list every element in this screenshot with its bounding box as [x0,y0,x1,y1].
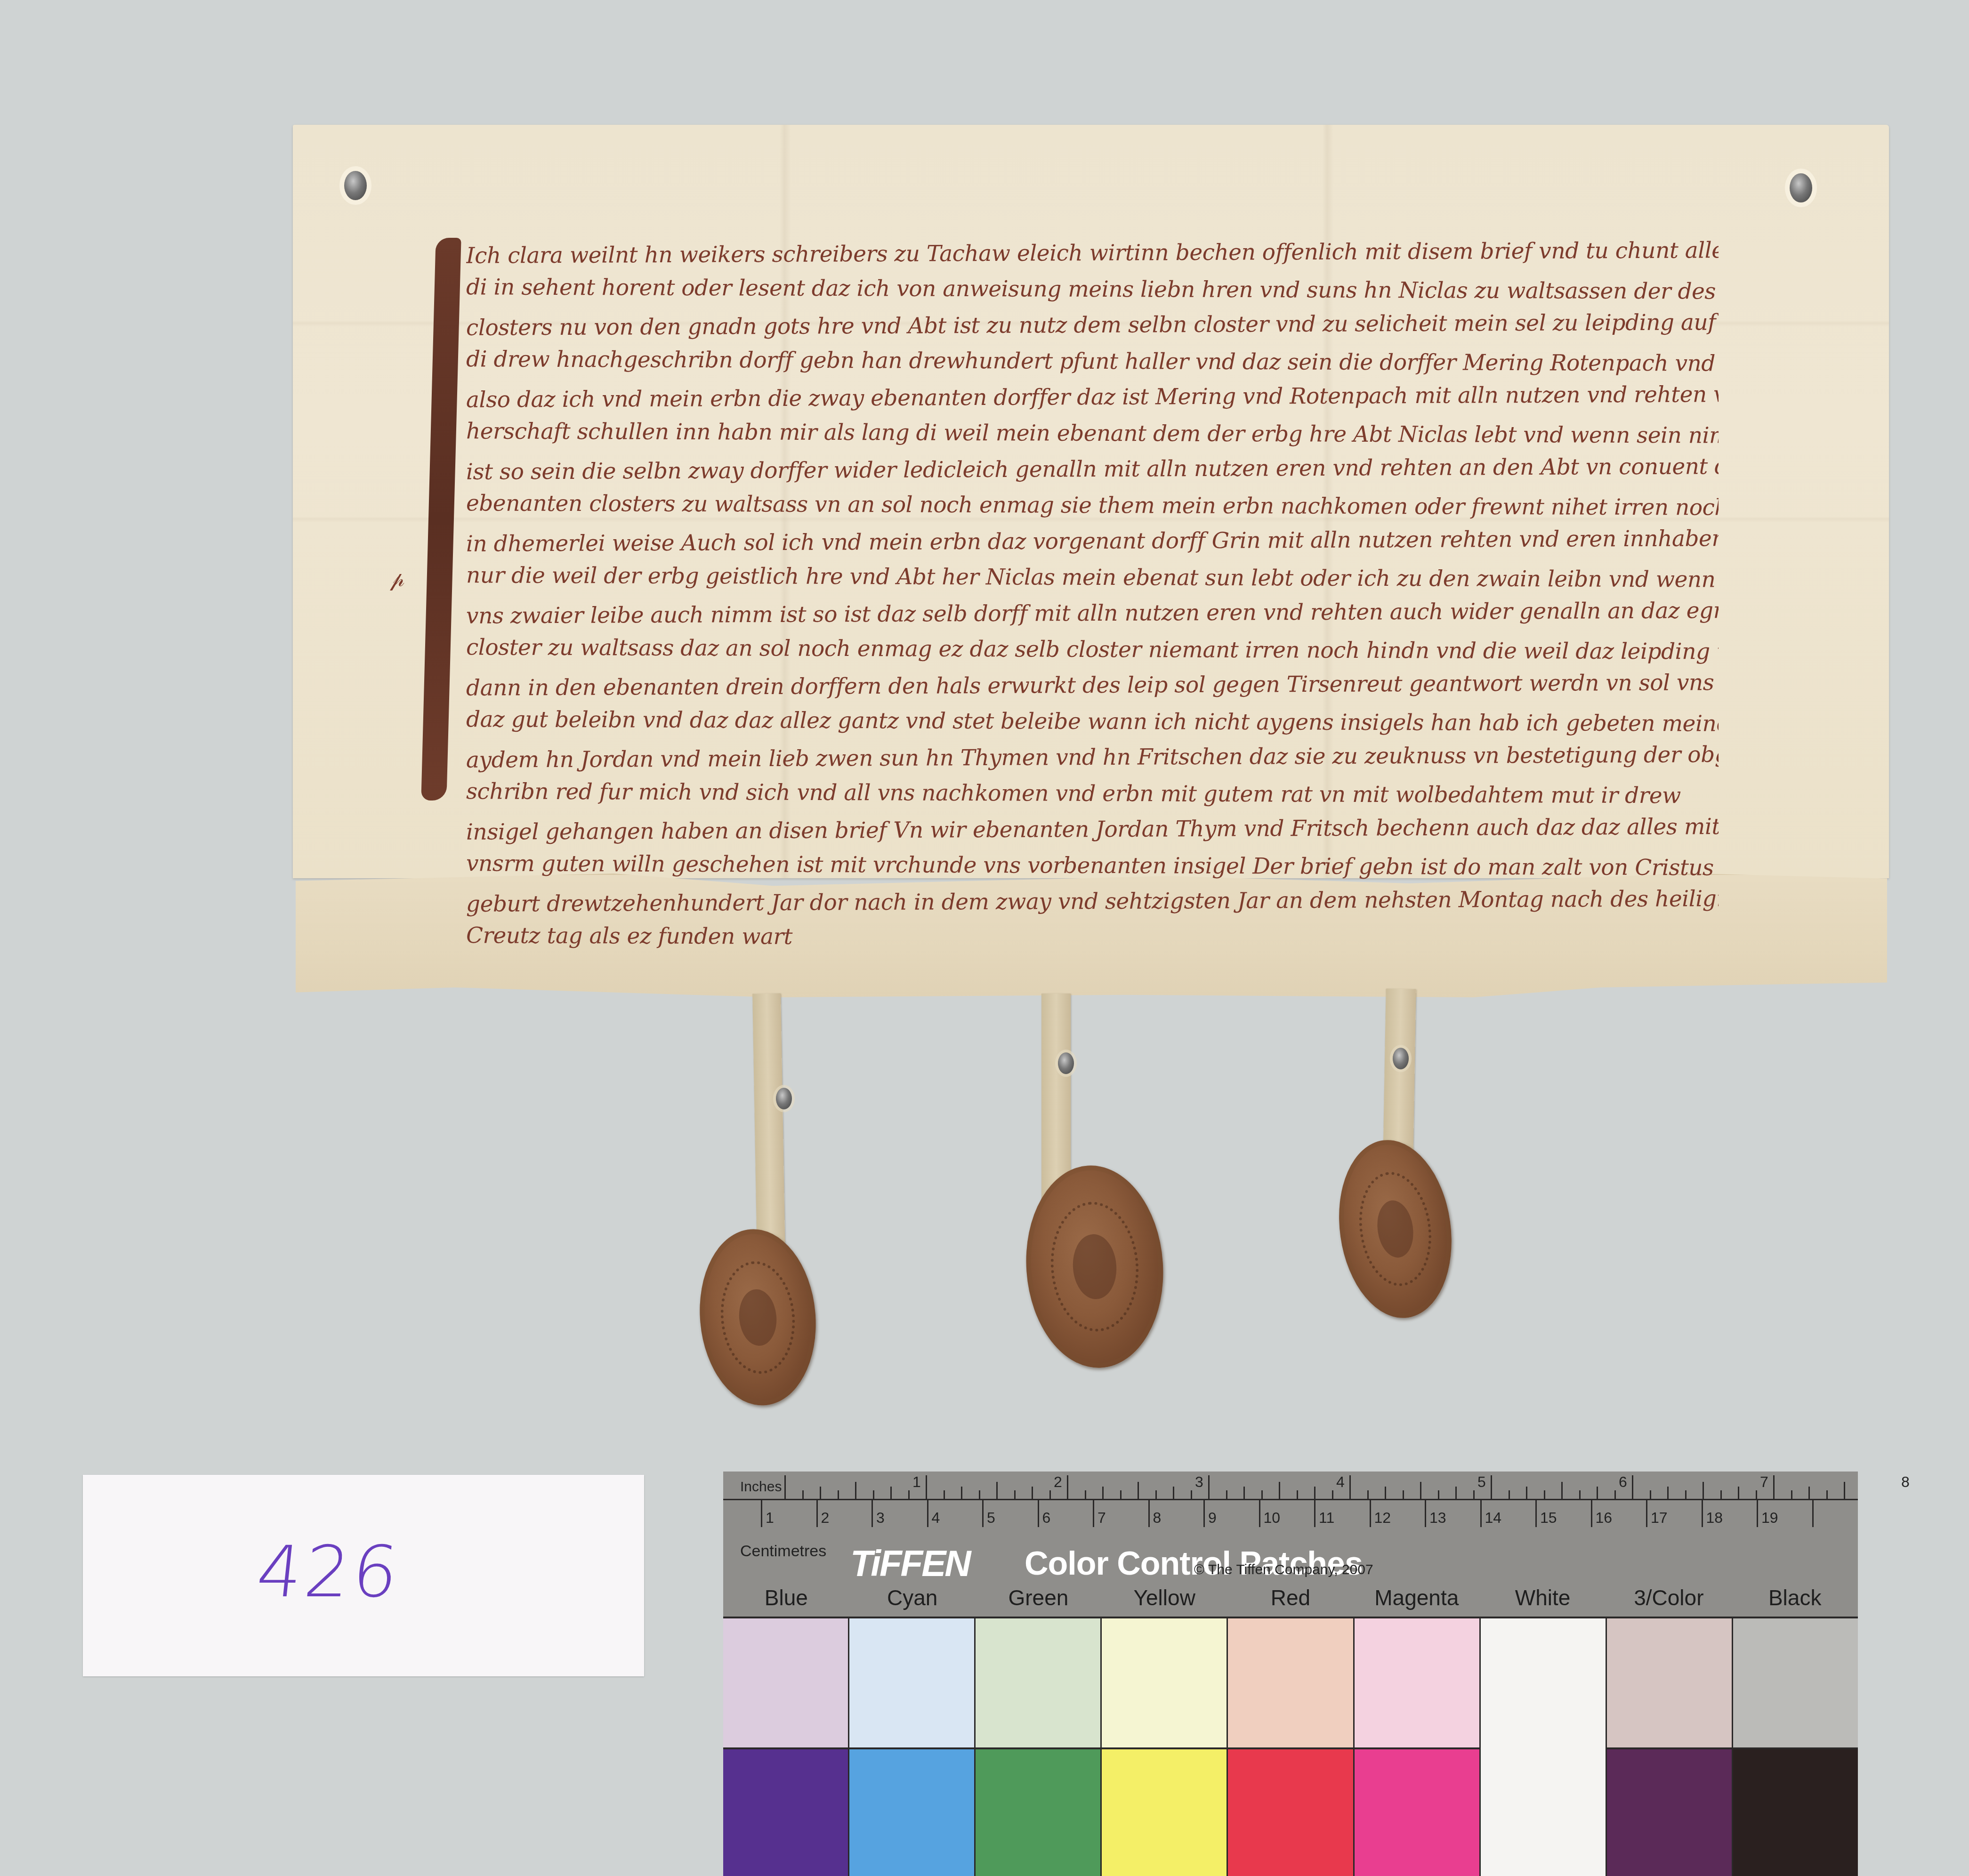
archive-number-card: 426 [83,1475,644,1676]
cm-tick-label: 17 [1651,1509,1668,1527]
cm-tick [1038,1499,1039,1527]
inch-tick [979,1490,980,1499]
text-line: Ich clara weilnt hn weikers schreibers z… [466,233,1719,274]
inch-tick-label: 3 [1195,1473,1203,1491]
inch-tick [1738,1487,1739,1499]
cm-tick [1591,1499,1592,1527]
patch-column-magenta [1355,1618,1481,1876]
cm-tick-label: 3 [876,1509,885,1527]
patch-column-red [1228,1618,1354,1876]
patch-light [976,1618,1100,1749]
cm-tick [1314,1499,1315,1527]
patch-dark [1228,1749,1353,1876]
inch-tick [1138,1482,1139,1499]
inch-tick [1579,1490,1581,1499]
text-line: geburt drewtzehenhundert Jar dor nach in… [466,881,1719,922]
patch-dark [723,1749,848,1876]
inch-tick [1826,1490,1828,1499]
inch-tick [855,1482,856,1499]
inch-tick [944,1490,945,1499]
text-line: schribn red fur mich vnd sich vnd all vn… [466,774,1719,814]
text-line: also daz ich vnd mein erbn die zway eben… [466,377,1719,418]
inch-tick [961,1487,962,1499]
inch-tick [873,1490,874,1499]
centimetre-ruler: 12345678910111213141516171819 [723,1499,1858,1533]
inch-tick-label: 8 [1901,1473,1910,1491]
inch-tick [1385,1487,1386,1499]
inch-tick [1243,1487,1245,1499]
patch-dark [1102,1749,1227,1876]
patch-label-magenta: Magenta [1354,1579,1480,1617]
cm-tick [761,1499,762,1527]
inch-tick [1420,1482,1421,1499]
inch-tick [1226,1490,1227,1499]
patch-dark [849,1749,974,1876]
inch-tick [1703,1482,1704,1499]
copyright-text: © The Tiffen Company, 2007 [1194,1562,1373,1578]
inch-tick [838,1490,839,1499]
patch-column-white [1481,1618,1607,1876]
inch-tick [1544,1490,1545,1499]
text-line: daz gut beleibn vnd daz daz allez gantz … [466,702,1719,742]
inch-tick [784,1475,786,1499]
wax-seal-right [1328,1132,1463,1325]
inch-tick-label: 1 [912,1473,921,1491]
tag-pin-icon [776,1088,792,1109]
patch-label-cyan: Cyan [849,1579,976,1617]
inch-tick [1720,1490,1722,1499]
text-line: nur die weil der erbg geistlich hre vnd … [466,558,1719,598]
text-line: closter zu waltsass daz an sol noch enma… [466,630,1719,670]
patch-label-blue: Blue [723,1579,849,1617]
text-line: vns zwaier leibe auch nimm ist so ist da… [466,593,1719,634]
cm-tick [1480,1499,1482,1527]
text-line: di drew hnachgeschribn dorff gebn han dr… [466,341,1719,382]
patch-light [1481,1618,1606,1748]
patch-label-3color: 3/Color [1606,1579,1732,1617]
cm-tick-label: 8 [1153,1509,1162,1527]
patch-dark [1481,1748,1606,1876]
patch-labels: Blue Cyan Green Yellow Red Magenta White… [723,1579,1858,1617]
inch-tick [1773,1475,1775,1499]
cm-tick-label: 16 [1596,1509,1613,1527]
text-line: in dhemerlei weise Auch sol ich vnd mein… [466,521,1719,562]
cm-tick-label: 14 [1485,1509,1502,1527]
inch-tick [1455,1487,1457,1499]
inch-tick [1014,1490,1016,1499]
text-line: insigel gehangen haben an disen brief Vn… [466,809,1719,850]
inch-tick [1667,1487,1669,1499]
inch-tick [1808,1487,1810,1499]
patch-column-blue [723,1618,849,1876]
patch-light [849,1618,974,1749]
inch-tick [1367,1490,1369,1499]
inch-tick [1332,1490,1333,1499]
patch-label-green: Green [976,1579,1102,1617]
cm-tick-label: 19 [1761,1509,1778,1527]
inch-tick [1597,1487,1598,1499]
inch-tick [1032,1487,1033,1499]
inch-tick [1173,1487,1174,1499]
inches-label: Inches [740,1479,782,1495]
patch-label-black: Black [1732,1579,1858,1617]
cm-tick [872,1499,873,1527]
inch-tick [1438,1490,1439,1499]
text-line: aydem hn Jordan vnd mein lieb zwen sun h… [466,737,1719,778]
patch-column-cyan [849,1618,976,1876]
archive-number: 426 [253,1531,405,1613]
inch-tick-label: 7 [1760,1473,1768,1491]
cm-tick [1425,1499,1426,1527]
patch-label-yellow: Yellow [1101,1579,1227,1617]
inch-tick [820,1487,821,1499]
cm-tick [1535,1499,1537,1527]
patch-light [1733,1618,1858,1749]
seal-tag-left [752,994,785,1258]
text-line: closters nu von den gnadn gots hre vnd A… [466,305,1719,346]
inch-tick [1049,1490,1051,1499]
text-line: Creutz tag als ez funden wart [466,918,1719,958]
inch-tick [1561,1482,1563,1499]
inch-tick [1756,1490,1757,1499]
cm-tick-label: 4 [932,1509,940,1527]
inch-tick [908,1490,910,1499]
mounting-pin-icon [1790,173,1812,202]
tag-pin-icon [1058,1052,1074,1074]
inch-tick [1120,1490,1122,1499]
text-line: di in sehent horent oder lesent daz ich … [466,269,1719,310]
patch-column-yellow [1102,1618,1228,1876]
patch-label-red: Red [1227,1579,1354,1617]
inch-tick [1632,1475,1633,1499]
inch-tick-label: 6 [1619,1473,1627,1491]
inch-tick [890,1487,892,1499]
patch-column-green [976,1618,1102,1876]
cm-tick [1148,1499,1150,1527]
centimetres-label: Centimetres [740,1542,826,1561]
cm-tick [1370,1499,1371,1527]
cm-tick [816,1499,818,1527]
cm-tick-label: 9 [1208,1509,1217,1527]
patch-dark [1607,1749,1732,1876]
patch-light [723,1618,848,1749]
cm-tick [927,1499,928,1527]
patch-light [1607,1618,1732,1749]
cm-tick-label: 11 [1319,1509,1334,1527]
patch-light [1355,1618,1479,1749]
inch-tick [1650,1490,1651,1499]
inch-tick [1349,1475,1351,1499]
cm-tick [982,1499,984,1527]
inch-tick [1261,1490,1263,1499]
inch-tick [1085,1490,1086,1499]
inch-tick [926,1475,927,1499]
patch-dark [1733,1749,1858,1876]
inch-tick [1208,1475,1210,1499]
mounting-pin-icon [344,171,367,200]
cm-tick [1757,1499,1758,1527]
patch-dark [1355,1749,1479,1876]
charter-text: Ich clara weilnt hn weikers schreibers z… [466,235,1719,956]
text-line: vnsrm guten willn geschehen ist mit vrch… [466,846,1719,886]
cm-tick-label: 15 [1540,1509,1557,1527]
seal-tag-middle [1041,994,1071,1201]
cm-tick [1702,1499,1703,1527]
patch-column-black [1733,1618,1858,1876]
inch-tick [1614,1490,1616,1499]
inch-tick [1191,1490,1192,1499]
inch-tick [1297,1490,1298,1499]
cm-tick-label: 5 [987,1509,995,1527]
inch-tick-label: 4 [1336,1473,1345,1491]
cm-tick-label: 10 [1264,1509,1281,1527]
inch-tick [1403,1490,1404,1499]
patch-column-3color [1607,1618,1733,1876]
inch-tick-label: 2 [1054,1473,1062,1491]
cm-tick-label: 6 [1042,1509,1051,1527]
patch-light [1228,1618,1353,1749]
inch-tick [996,1482,998,1499]
text-line: ist so sein die selbn zway dorffer wider… [466,449,1719,490]
inch-tick [1155,1490,1157,1499]
text-line: ebenanten closters zu waltsass vn an sol… [466,485,1719,526]
color-control-card: Inches 12345678 123456789101112131415161… [723,1472,1858,1876]
wax-seal-left [693,1224,823,1410]
cm-tick [1259,1499,1260,1527]
cm-tick-label: 1 [766,1509,774,1527]
inch-tick [1473,1490,1475,1499]
inch-tick [1491,1475,1492,1499]
inch-tick [802,1490,804,1499]
cm-tick [1203,1499,1205,1527]
cm-tick [1812,1499,1814,1527]
cm-tick [1093,1499,1094,1527]
inch-tick [1279,1482,1280,1499]
inch-tick [1844,1482,1845,1499]
inch-tick [1314,1487,1315,1499]
inch-tick [1526,1487,1527,1499]
tag-pin-icon [1393,1048,1409,1069]
inch-tick [1509,1490,1510,1499]
inch-tick-label: 5 [1477,1473,1486,1491]
inch-tick [1791,1490,1792,1499]
inch-tick [1685,1490,1687,1499]
cm-tick-label: 7 [1097,1509,1106,1527]
cm-tick-label: 2 [821,1509,830,1527]
text-line: herschaft schullen inn habn mir als lang… [466,413,1719,454]
cm-tick-label: 13 [1429,1509,1446,1527]
cm-tick-label: 18 [1706,1509,1723,1527]
cm-tick-label: 12 [1374,1509,1391,1527]
inch-tick [1102,1487,1104,1499]
color-patches [723,1617,1858,1876]
patch-light [1102,1618,1227,1749]
margin-mark: 𝓅 [390,567,404,591]
inch-tick [1067,1475,1068,1499]
patch-dark [976,1749,1100,1876]
cm-tick [1646,1499,1647,1527]
text-line: dann in den ebenanten drein dorffern den… [466,665,1719,706]
patch-label-white: White [1480,1579,1606,1617]
inch-ruler: Inches 12345678 [723,1472,1858,1500]
